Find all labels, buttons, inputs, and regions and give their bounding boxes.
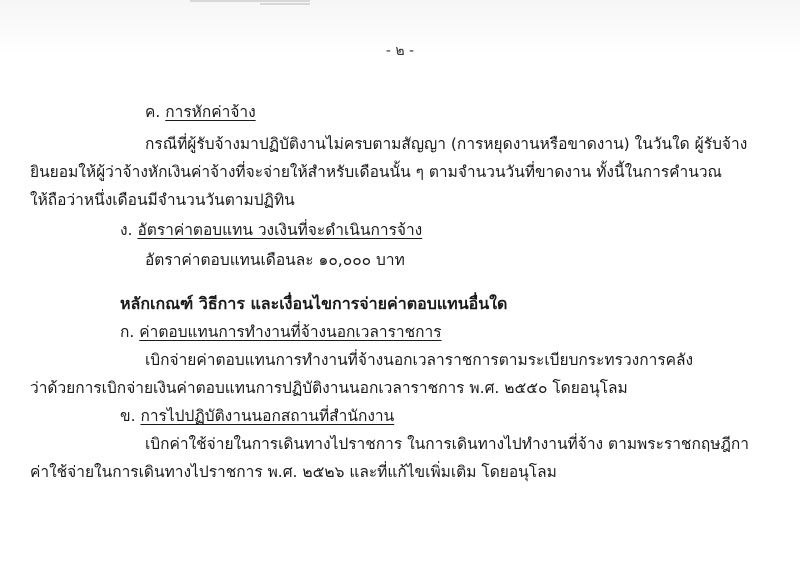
- section-title: ค่าตอบแทนการทำงานที่จ้างนอกเวลาราชการ: [139, 323, 441, 341]
- section-marker: ข.: [120, 407, 136, 425]
- page-number: - ๒ -: [0, 40, 800, 62]
- section-marker: ง.: [120, 221, 133, 239]
- section-a-paragraph-line-1: เบิกจ่ายค่าตอบแทนการทำงานที่จ้างนอกเวลาร…: [145, 350, 693, 370]
- section-c-heading: ค. การหักค่าจ้าง: [145, 102, 256, 122]
- section-c-paragraph-line-3: ให้ถือว่าหนึ่งเดือนมีจำนวนวันตามปฏิทิน: [30, 190, 295, 210]
- section-b-heading: ข. การไปปฏิบัติงานนอกสถานที่สำนักงาน: [120, 406, 394, 426]
- section-title: อัตราค่าตอบแทน วงเงินที่จะดำเนินการจ้าง: [137, 221, 422, 239]
- section-c-paragraph-line-1: กรณีที่ผู้รับจ้างมาปฏิบัติงานไม่ครบตามสั…: [145, 134, 747, 154]
- section-a-heading: ก. ค่าตอบแทนการทำงานที่จ้างนอกเวลาราชการ: [120, 322, 442, 342]
- criteria-heading: หลักเกณฑ์ วิธีการ และเงื่อนไขการจ่ายค่าต…: [120, 294, 507, 314]
- section-marker: ค.: [145, 103, 160, 121]
- section-d-heading: ง. อัตราค่าตอบแทน วงเงินที่จะดำเนินการจ้…: [120, 220, 422, 240]
- section-b-paragraph-line-1: เบิกค่าใช้จ่ายในการเดินทางไปราชการ ในการ…: [145, 434, 749, 454]
- section-title: การไปปฏิบัติงานนอกสถานที่สำนักงาน: [140, 407, 394, 425]
- section-title: การหักค่าจ้าง: [165, 103, 255, 121]
- section-c-paragraph-line-2: ยินยอมให้ผู้ว่าจ้างหักเงินค่าจ้างที่จะจ่…: [30, 162, 722, 182]
- section-marker: ก.: [120, 323, 134, 341]
- section-a-paragraph-line-2: ว่าด้วยการเบิกจ่ายเงินค่าตอบแทนการปฏิบัต…: [30, 378, 628, 398]
- section-b-paragraph-line-2: ค่าใช้จ่ายในการเดินทางไปราชการ พ.ศ. ๒๕๒๖…: [30, 462, 557, 482]
- section-d-paragraph-line-1: อัตราค่าตอบแทนเดือนละ ๑๐,๐๐๐ บาท: [145, 250, 405, 270]
